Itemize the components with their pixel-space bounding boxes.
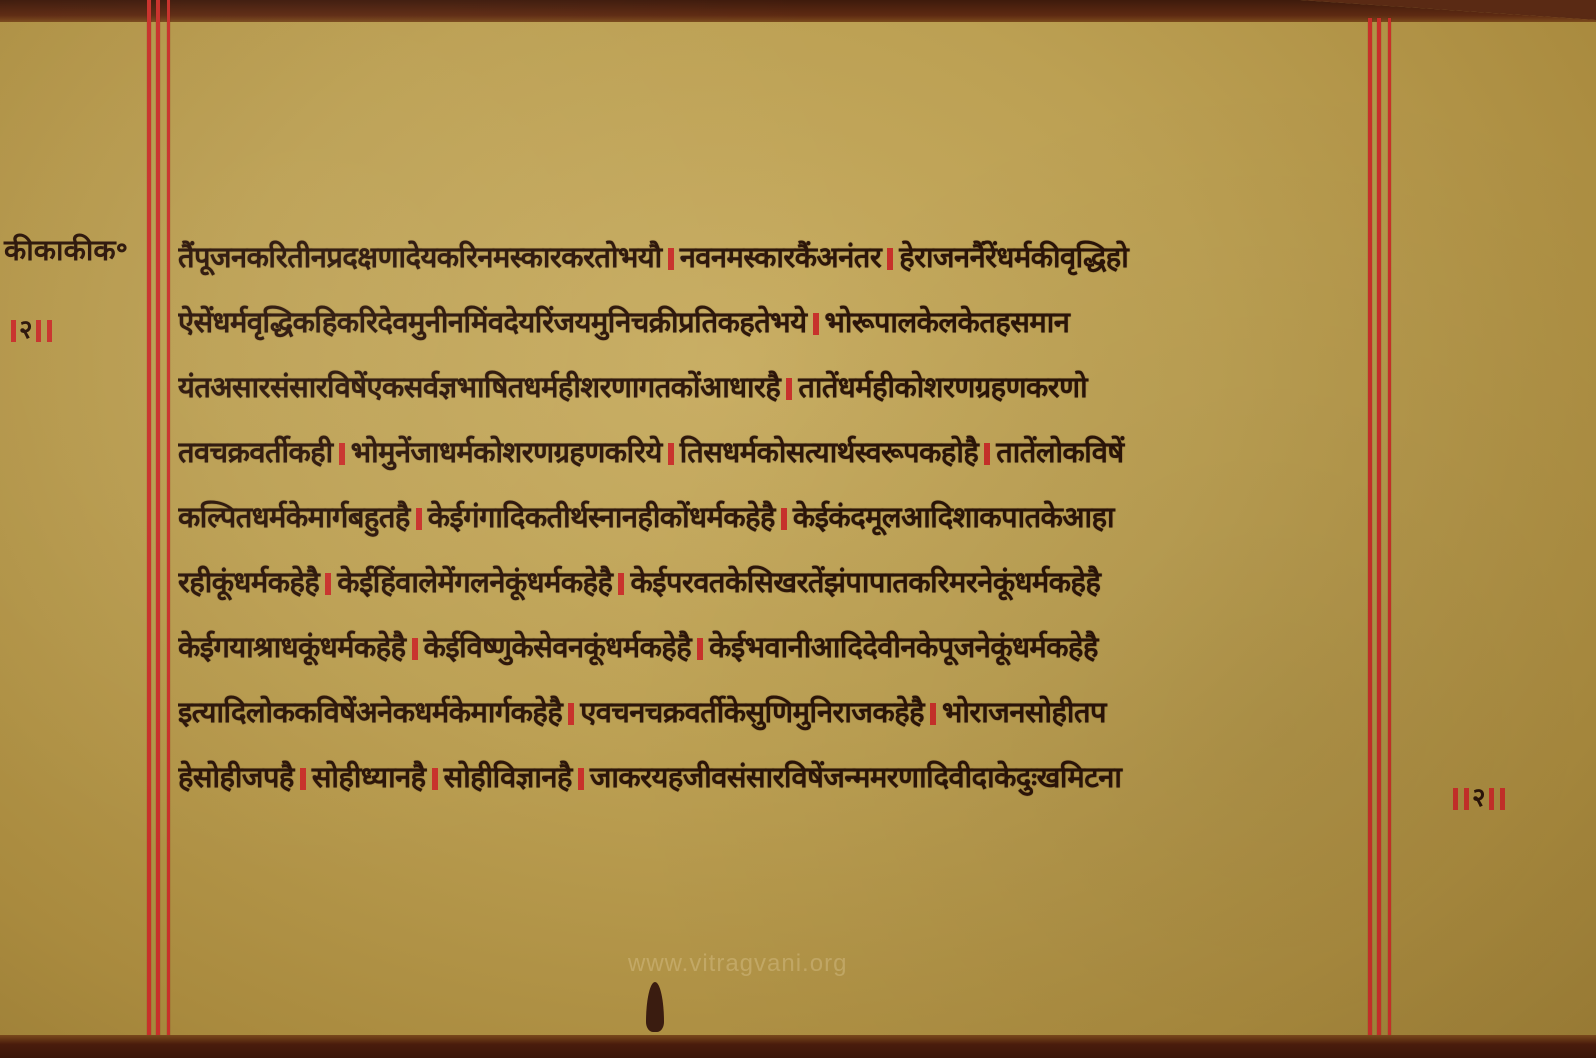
- text-line-6: रहीकूंधर्मकहेहैकेईहिंवालेमेंगलनेकूंधर्मक…: [178, 550, 1386, 615]
- left-folio-number: २: [8, 310, 55, 346]
- text-line-9: हेसोहीजपहैसोहीध्यानहैसोहीविज्ञानहैजाकरयह…: [178, 745, 1386, 810]
- watermark: www.vitragvani.org: [628, 950, 847, 978]
- text-line-4: तवचक्रवर्तीकहीभोमुनेंजाधर्मकोशरणग्रहणकरि…: [178, 420, 1386, 485]
- top-edge-shadow: [0, 0, 1596, 22]
- left-rule-1: [147, 0, 151, 1040]
- left-margin-label: कीकाकीक॰: [4, 230, 128, 269]
- right-rule-3: [1388, 18, 1391, 1058]
- text-line-3: यंतअसारसंसारविषेंएकसर्वज्ञभाषितधर्महीशरण…: [178, 355, 1386, 420]
- right-folio-number: २: [1450, 778, 1508, 814]
- text-line-2: ऐसेंधर्मवृद्धिकहिकरिदेवमुनीनमिंवदेयरिंजय…: [178, 290, 1386, 355]
- text-line-7: केईगयाश्राधकूंधर्मकहेहैकेईविष्णुकेसेवनकू…: [178, 615, 1386, 680]
- left-rule-3: [167, 0, 170, 1040]
- text-line-8: इत्यादिलोककविषेंअनेकधर्मकेमार्गकहेहैएवचन…: [178, 680, 1386, 745]
- left-rule-2: [156, 0, 160, 1040]
- bottom-edge-shadow: [0, 1035, 1596, 1058]
- manuscript-folio: कीकाकीक॰ २ २ तैंपूजनकरितीनप्रदक्षणादेयकर…: [0, 0, 1596, 1040]
- text-line-1: तैंपूजनकरितीनप्रदक्षणादेयकरिनमस्कारकरतोभ…: [178, 225, 1386, 290]
- ink-blot: [646, 982, 664, 1032]
- manuscript-text: तैंपूजनकरितीनप्रदक्षणादेयकरिनमस्कारकरतोभ…: [178, 225, 1386, 810]
- text-line-5: कल्पितधर्मकेमार्गबहुतहैकेईगंगादिकतीर्थस्…: [178, 485, 1386, 550]
